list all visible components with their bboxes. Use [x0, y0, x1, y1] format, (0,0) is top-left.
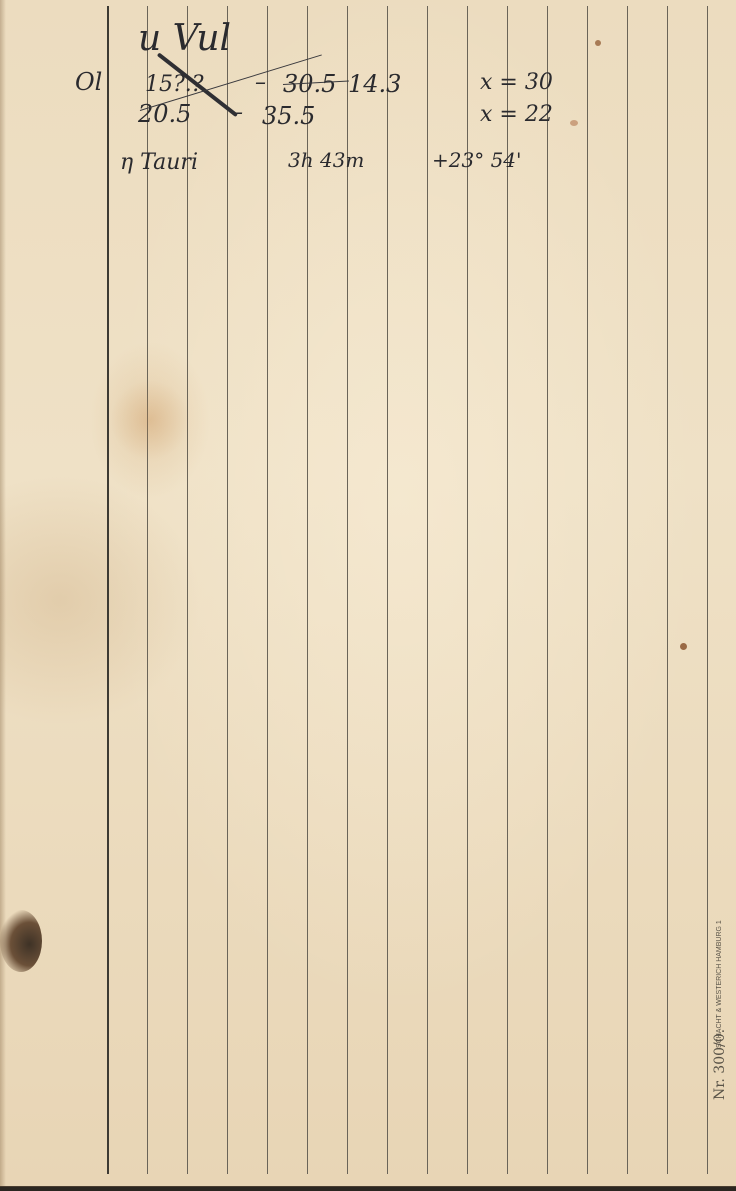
ruling-line — [427, 6, 428, 1174]
ruling-line — [387, 6, 388, 1174]
ruling-line — [187, 6, 188, 1174]
row1-note: x = 30 — [480, 70, 553, 95]
form-number: Nr. 300/0. — [712, 1029, 728, 1100]
row3-right-ascension: 3h 43m — [288, 148, 364, 172]
ruling-line — [627, 6, 628, 1174]
ruling-line — [307, 6, 308, 1174]
margin-line — [107, 6, 109, 1174]
ruling-line — [667, 6, 668, 1174]
ruling-line — [587, 6, 588, 1174]
row3-declination: +23° 54' — [432, 148, 522, 172]
foxing-spot — [570, 120, 578, 126]
row3-star-name: η Tauri — [120, 150, 198, 175]
ledger-page: u Vul Ol 15?.? – 30.5 14.3 x = 30 20.5 –… — [0, 0, 736, 1187]
ruling-line — [507, 6, 508, 1174]
ruling-line — [347, 6, 348, 1174]
row2-note: x = 22 — [480, 102, 553, 127]
ruling-line — [147, 6, 148, 1174]
ruling-line — [547, 6, 548, 1174]
ruling-line — [227, 6, 228, 1174]
row2-value-a: 20.5 — [138, 100, 191, 128]
foxing-spot — [680, 643, 687, 650]
row1-label: Ol — [75, 68, 102, 96]
water-stain — [110, 380, 190, 460]
page-edge-shadow — [0, 0, 6, 1186]
ruling-line — [267, 6, 268, 1174]
row2-value-b: 35.5 — [262, 102, 315, 130]
ruling-line — [707, 6, 708, 1174]
handwritten-heading: u Vul — [138, 18, 231, 59]
foxing-spot — [595, 40, 601, 46]
row1-value-c: 14.3 — [348, 70, 401, 98]
ruling-line — [467, 6, 468, 1174]
ink-stain — [0, 910, 42, 972]
